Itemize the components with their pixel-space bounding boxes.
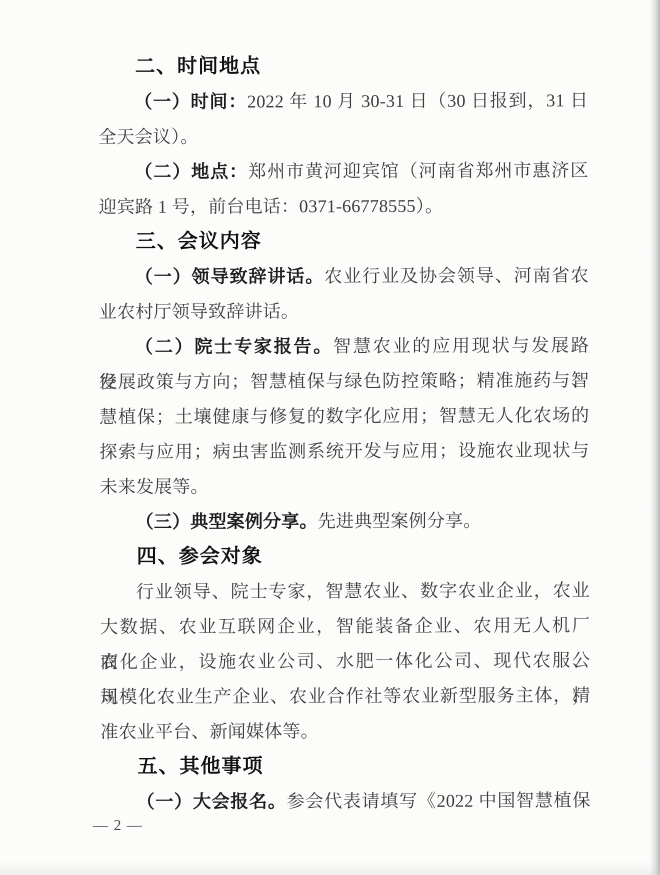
para-line: 探索与应用；病虫害监测系统开发与应用；设施农业现状与 [99,433,589,470]
scan-edge-right [650,0,660,875]
scan-edge-bottom [0,861,660,875]
section-heading-3: 三、会议内容 [99,223,589,260]
para-line: 发展政策与方向；智慧植保与绿色防控策略；精准施药与智 [99,363,589,400]
line-text: 2022 年 10 月 30-31 日（30 日报到，31 日 [247,90,588,111]
page-number: — 2 — [93,814,143,838]
line-text: 郑州市黄河迎宾馆（河南省郑州市惠济区 [248,160,588,181]
bold-lead: （三）典型案例分享。 [136,511,318,532]
para-line: （一）大会报名。参会代表请填写《2022 中国智慧植保 [101,783,591,820]
para-line: （二）院士专家报告。智慧农业的应用现状与发展路径、 [99,328,589,365]
document-content: 二、时间地点 （一）时间：2022 年 10 月 30-31 日（30 日报到，… [98,48,591,820]
bold-lead: （一）大会报名。 [137,791,287,812]
line-text: 先进典型案例分享。 [318,511,482,532]
para-line: 未来发展等。 [99,468,589,505]
para-line: 规模化农业生产企业、农业合作社等农业新型服务主体，精 [100,678,590,715]
line-text: 迎宾路 1 号，前台电话：0371-66778555）。 [99,196,444,217]
document-page: 二、时间地点 （一）时间：2022 年 10 月 30-31 日（30 日报到，… [0,0,660,875]
para-line: 全天会议）。 [98,118,588,155]
para-line: （三）典型案例分享。先进典型案例分享。 [100,503,590,540]
bold-lead: （一）时间： [134,91,247,111]
line-text: 准农业平台、新闻媒体等。 [100,721,318,742]
para-line: 行业领导、院士专家，智慧农业、数字农业企业，农业 [100,573,590,610]
para-line: （二）地点：郑州市黄河迎宾馆（河南省郑州市惠济区 [98,153,588,190]
para-line: 业农村厅领导致辞讲话。 [99,293,589,330]
para-line: （一）领导致辞讲话。农业行业及协会领导、河南省农 [99,258,589,295]
line-text: 发展政策与方向；智慧植保与绿色防控策略；精准施药与智 [99,370,589,392]
bold-lead: （二）地点： [134,161,248,181]
para-line: 准农业平台、新闻媒体等。 [100,713,590,750]
line-text: 未来发展等。 [99,477,208,497]
para-line: 农化企业，设施农业公司、水肥一体化公司、现代农服公司， [100,643,590,680]
para-line: （一）时间：2022 年 10 月 30-31 日（30 日报到，31 日 [98,83,588,120]
para-line: 慧植保；土壤健康与修复的数字化应用；智慧无人化农场的 [99,398,589,435]
line-text: 农业行业及协会领导、河南省农 [324,265,589,286]
section-heading-2: 二、时间地点 [98,48,588,85]
bold-lead: （一）领导致辞讲话。 [135,266,325,287]
line-text: 慧植保；土壤健康与修复的数字化应用；智慧无人化农场的 [99,405,589,427]
line-text: 行业领导、院士专家，智慧农业、数字农业企业，农业 [136,580,590,602]
line-text: 全天会议）。 [98,127,198,147]
section-heading-5: 五、其他事项 [100,748,590,785]
section-heading-4: 四、参会对象 [100,538,590,575]
para-line: 大数据、农业互联网企业，智能装备企业、农用无人机厂商、 [100,608,590,645]
line-text: 业农村厅领导致辞讲话。 [99,301,299,322]
line-text: 参会代表请填写《2022 中国智慧植保 [287,790,591,811]
line-text: 规模化农业生产企业、农业合作社等农业新型服务主体，精 [100,685,590,707]
bold-lead: （二）院士专家报告。 [135,336,333,357]
line-text: 探索与应用；病虫害监测系统开发与应用；设施农业现状与 [99,440,589,462]
para-line: 迎宾路 1 号，前台电话：0371-66778555）。 [98,188,588,225]
